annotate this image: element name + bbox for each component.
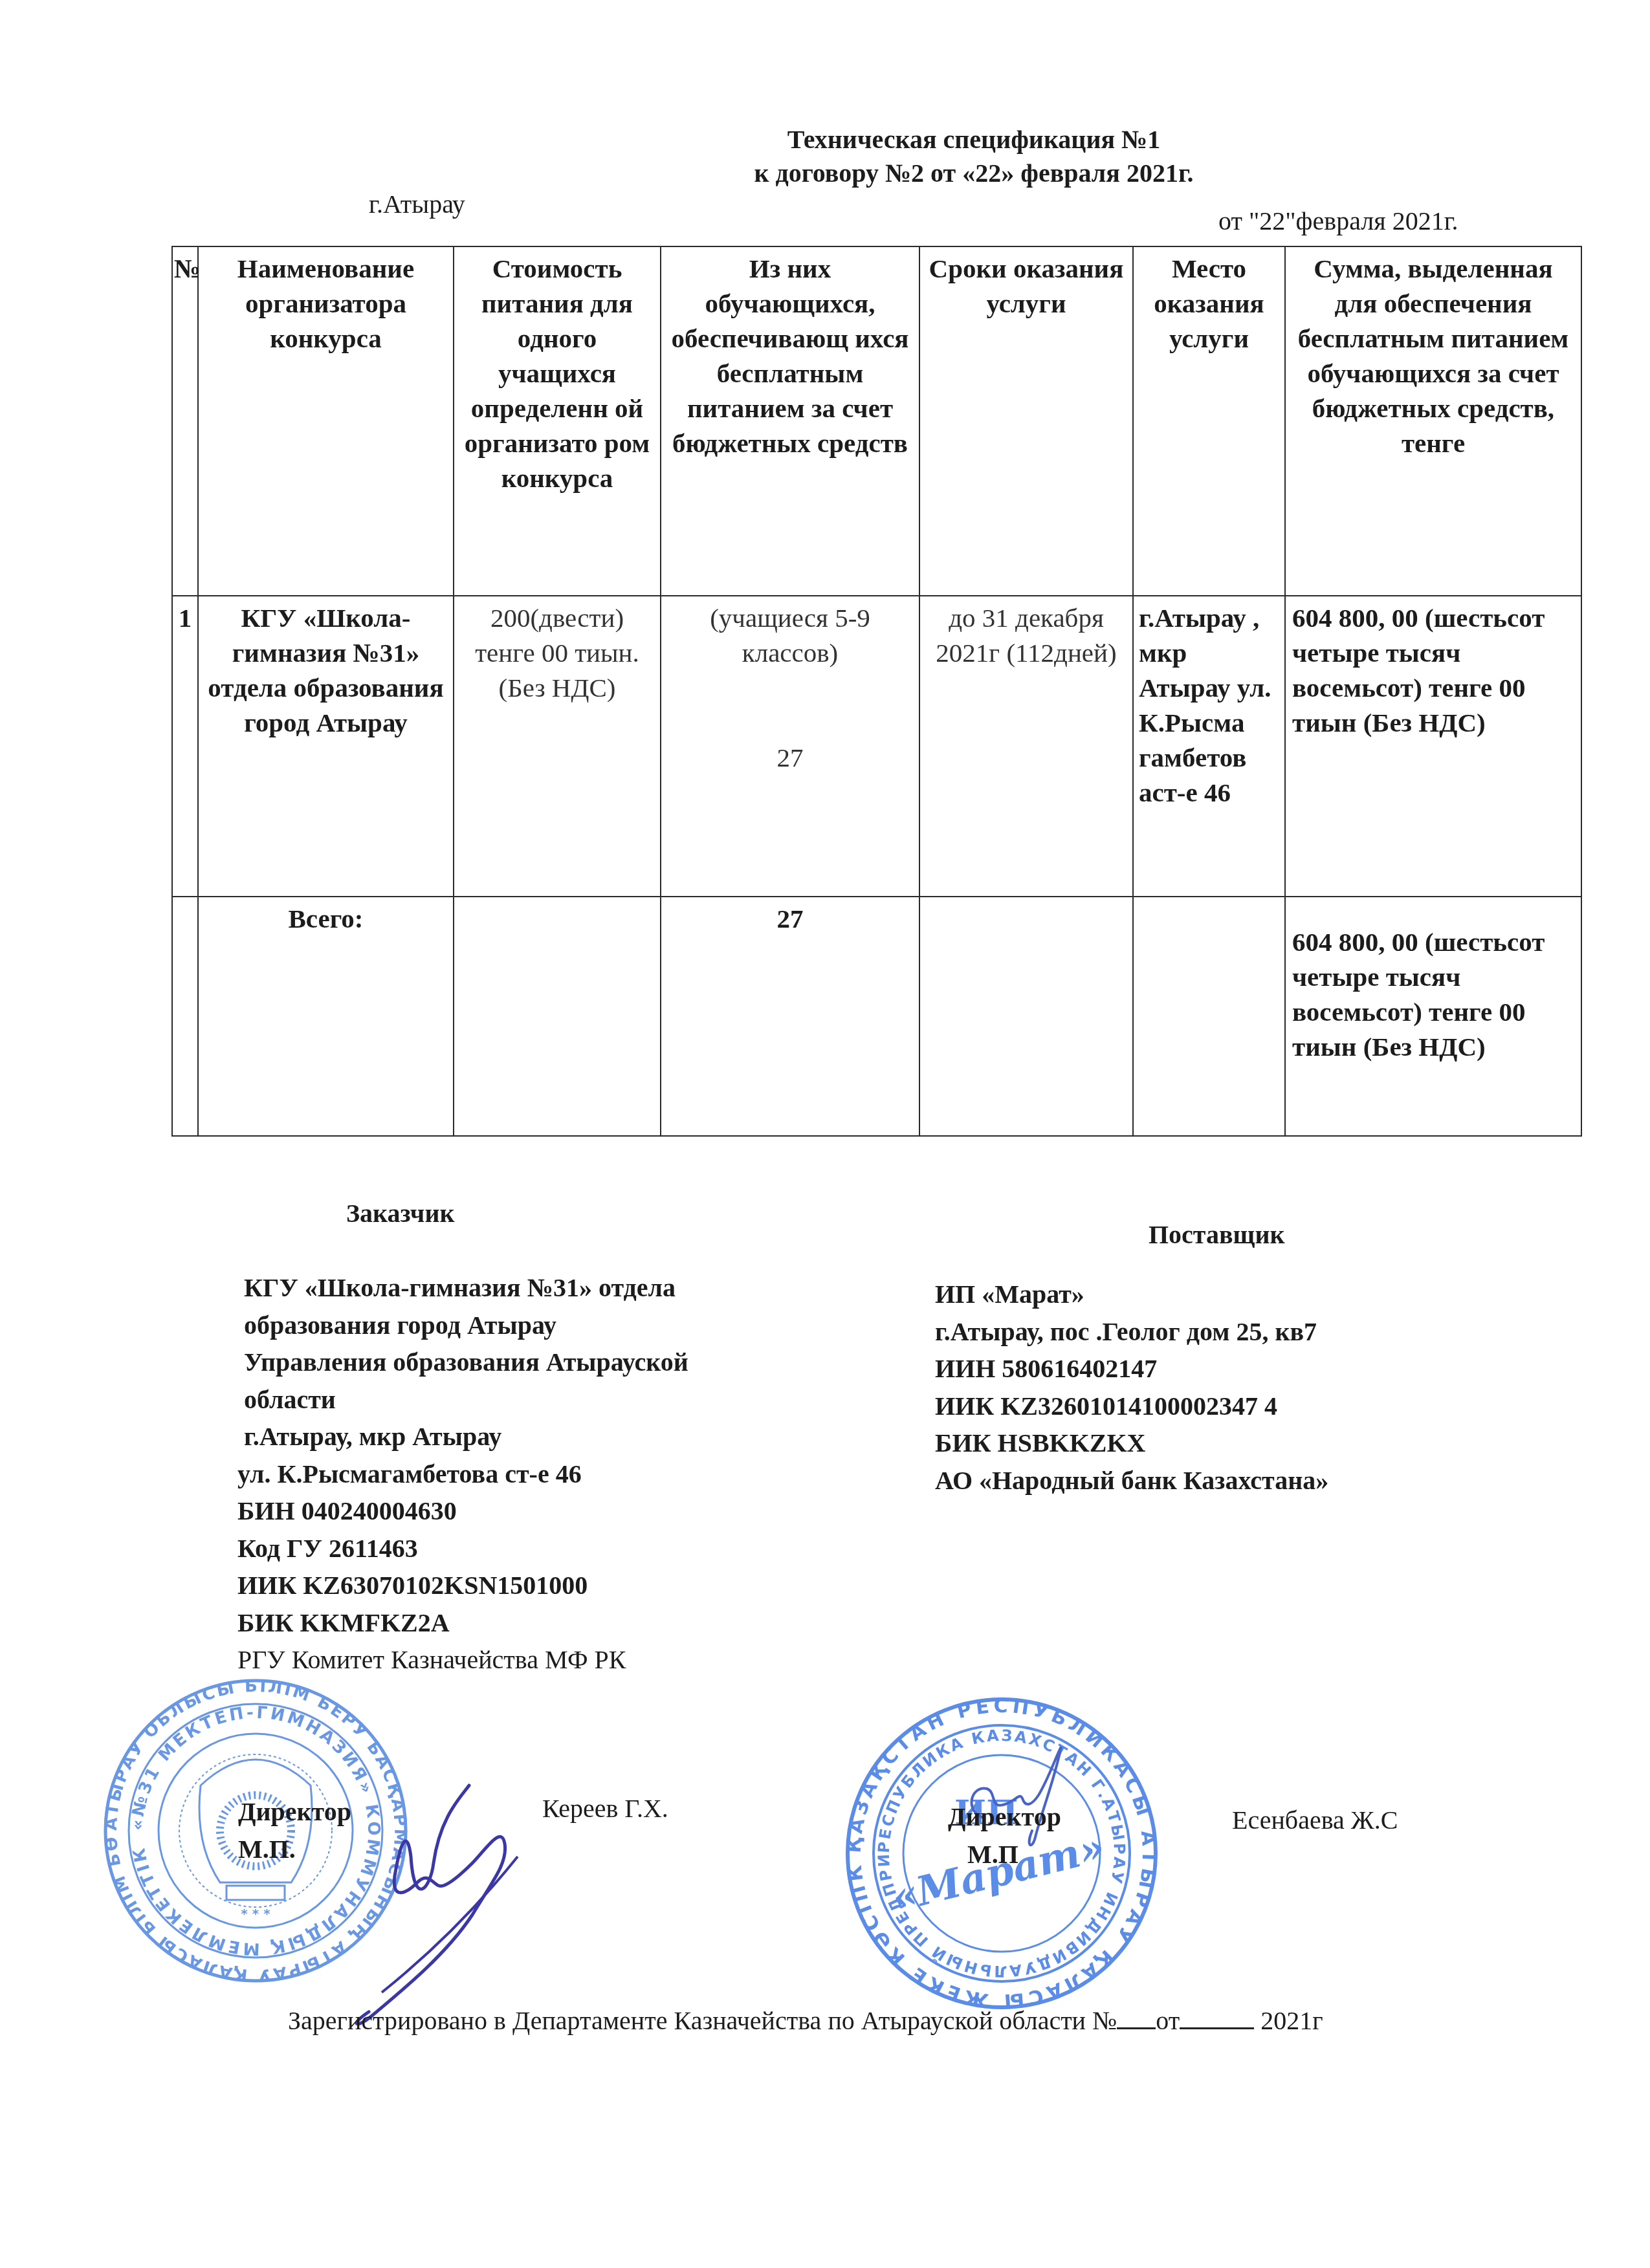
customer-line: ул. К.Рысмагамбетова ст-е 46 [237, 1456, 688, 1493]
svg-text:* * *: * * * [241, 1906, 270, 1921]
supplier-signatory: Есенбаева Ж.С [1232, 1805, 1398, 1835]
document-date: от "22"февраля 2021г. [1218, 206, 1458, 236]
students-count: 27 [666, 740, 914, 775]
table-row: 1 КГУ «Школа-гимназия №31» отдела образо… [172, 596, 1581, 897]
customer-seal-label: М.П. [238, 1831, 351, 1868]
cell-total-cost [454, 897, 661, 1136]
total-amount: 604 800, 00 (шестьсот четыре тысяч восем… [1285, 897, 1581, 1136]
supplier-line: ИИН 580616402147 [935, 1350, 1328, 1388]
column-header-students: Из них обучающихся, обеспечивающ ихся бе… [661, 246, 919, 596]
customer-role: Директор [238, 1793, 351, 1831]
registration-date-blank [1180, 2004, 1254, 2029]
column-header-amount: Сумма, выделенная для обеспечения беспла… [1285, 246, 1581, 596]
supplier-line: АО «Народный банк Казахстана» [935, 1462, 1328, 1499]
students-note: (учащиеся 5-9 классов) [666, 600, 914, 670]
supplier-details: ИП «Марат» г.Атырау, пос .Геолог дом 25,… [935, 1276, 1328, 1499]
customer-line: БИН 040240004630 [237, 1492, 688, 1530]
customer-signature-block: Директор М.П. [238, 1793, 351, 1868]
cell-organizer: КГУ «Школа-гимназия №31» отдела образова… [198, 596, 454, 897]
registration-footer: Зарегистрировано в Департаменте Казначей… [288, 2004, 1323, 2036]
customer-signatory: Кереев Г.Х. [542, 1793, 668, 1824]
cell-total-terms [919, 897, 1133, 1136]
supplier-title: Поставщик [1149, 1219, 1284, 1250]
supplier-seal-label: М.П [967, 1836, 1061, 1873]
supplier-signature-block: Директор М.П [948, 1798, 1061, 1873]
supplier-line: ИИК KZ32601014100002347 4 [935, 1388, 1328, 1425]
cell-number: 1 [172, 596, 198, 897]
total-label: Всего: [198, 897, 454, 1136]
table-header-row: № Наименование организатора конкурса Сто… [172, 246, 1581, 596]
customer-line: Код ГУ 2611463 [237, 1530, 688, 1567]
document-title: Техническая спецификация №1 [456, 123, 1491, 157]
column-header-number: № [172, 246, 198, 596]
footer-mid: от [1156, 2006, 1180, 2035]
column-header-organizer: Наименование организатора конкурса [198, 246, 454, 596]
cell-students: (учащиеся 5-9 классов) 27 [661, 596, 919, 897]
document-city: г.Атырау [369, 189, 465, 219]
cell-cost: 200(двести) тенге 00 тиын. (Без НДС) [454, 596, 661, 897]
customer-line: ИИК KZ63070102KSN1501000 [237, 1567, 688, 1604]
document-title-block: Техническая спецификация №1 к договору №… [0, 123, 1650, 190]
column-header-cost: Стоимость питания для одного учащихся оп… [454, 246, 661, 596]
table-total-row: Всего: 27 604 800, 00 (шестьсот четыре т… [172, 897, 1581, 1136]
customer-line: Управления образования Атырауской [244, 1344, 688, 1381]
column-header-place: Место оказания услуги [1133, 246, 1285, 596]
supplier-line: г.Атырау, пос .Геолог дом 25, кв7 [935, 1313, 1328, 1351]
customer-title: Заказчик [346, 1198, 454, 1228]
cell-place: г.Атырау , мкр Атырау ул. К.Рысма гамбет… [1133, 596, 1285, 897]
cell-amount: 604 800, 00 (шестьсот четыре тысяч восем… [1285, 596, 1581, 897]
cell-total-place [1133, 897, 1285, 1136]
customer-line: БИК KKMFKZ2A [237, 1604, 688, 1642]
customer-line: КГУ «Школа-гимназия №31» отдела [244, 1269, 688, 1307]
registration-number-blank [1117, 2004, 1156, 2029]
customer-details: КГУ «Школа-гимназия №31» отдела образова… [244, 1269, 688, 1679]
specification-table: № Наименование организатора конкурса Сто… [171, 246, 1582, 1137]
document-subtitle: к договору №2 от «22» февраля 2021г. [456, 157, 1491, 190]
customer-line: РГУ Комитет Казначейства МФ РК [237, 1641, 688, 1679]
footer-year: 2021г [1254, 2006, 1323, 2035]
supplier-line: ИП «Марат» [935, 1276, 1328, 1313]
cell-terms: до 31 декабря 2021г (112дней) [919, 596, 1133, 897]
customer-line: образования город Атырау [244, 1307, 688, 1344]
customer-line: г.Атырау, мкр Атырау [244, 1418, 688, 1456]
footer-text: Зарегистрировано в Департаменте Казначей… [288, 2006, 1117, 2035]
supplier-line: БИК HSBKKZKX [935, 1424, 1328, 1462]
supplier-role: Директор [948, 1798, 1061, 1836]
customer-line: области [244, 1381, 688, 1419]
column-header-terms: Сроки оказания услуги [919, 246, 1133, 596]
cell-total-number [172, 897, 198, 1136]
total-students-count: 27 [661, 897, 919, 1136]
